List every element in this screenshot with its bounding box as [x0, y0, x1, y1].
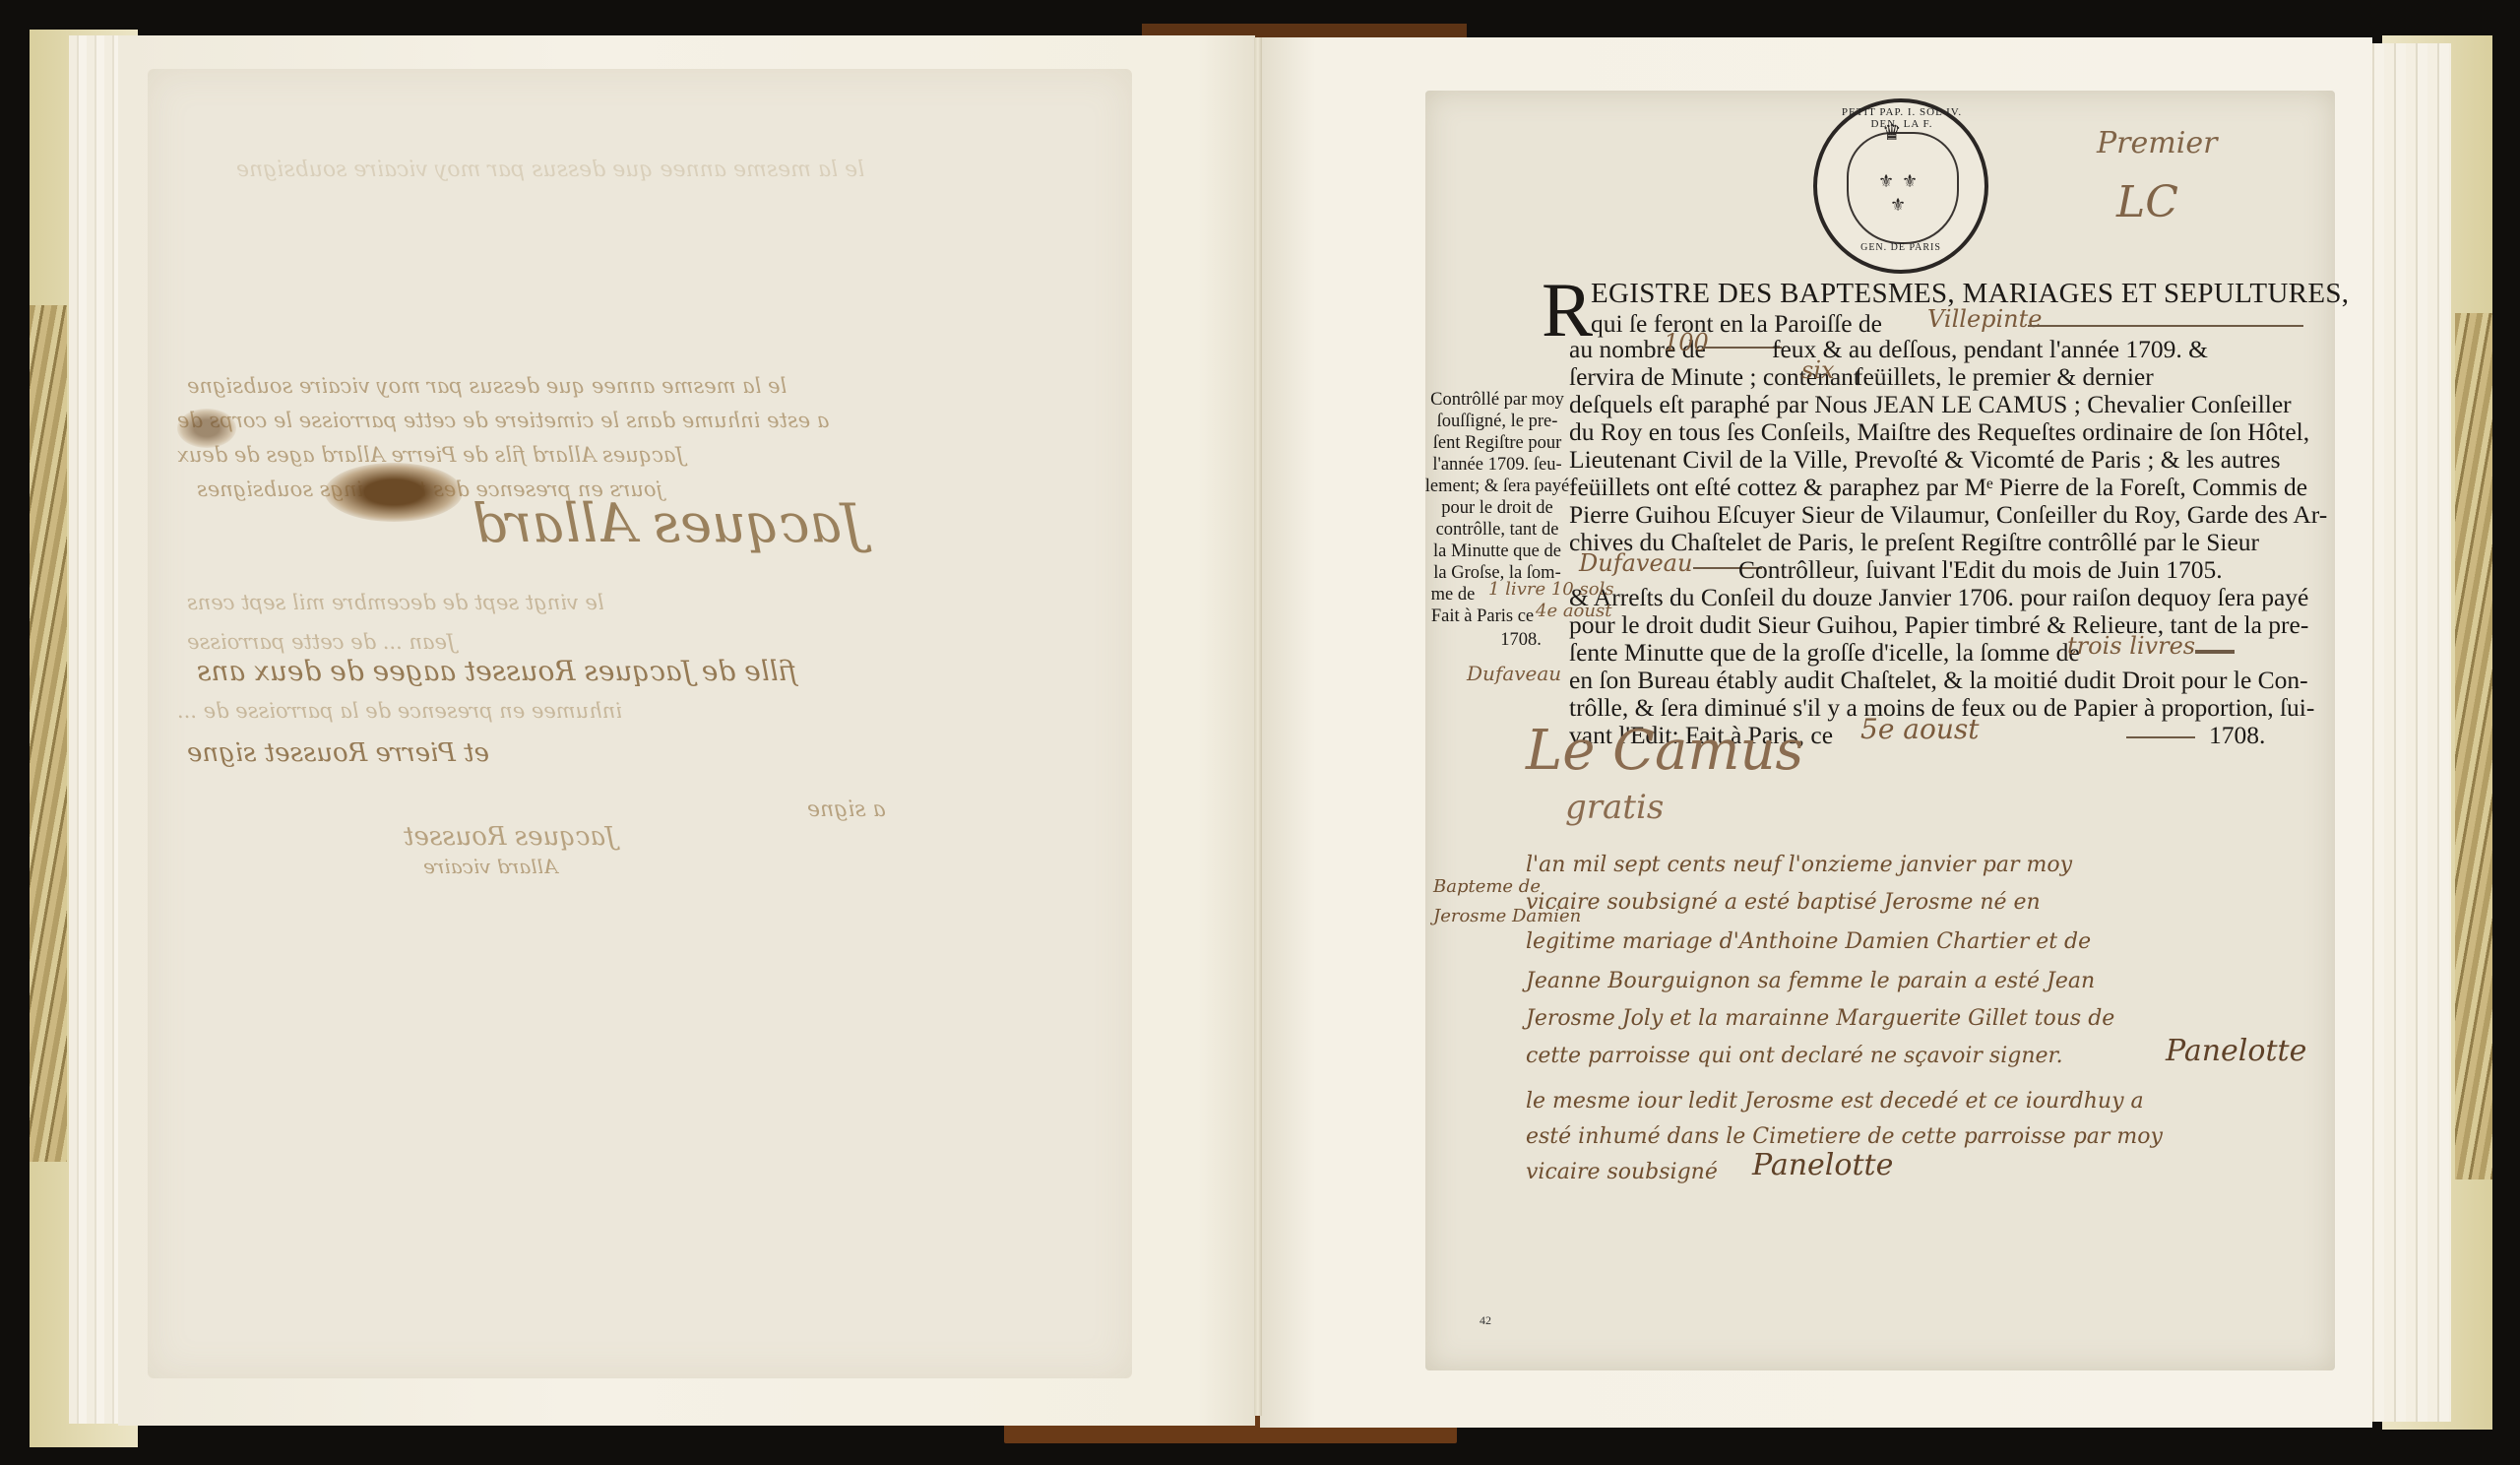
mirrored-line: le la mesme annee que dessus par moy vic…	[236, 158, 864, 182]
fill-line	[2195, 650, 2235, 654]
printed-line: Pierre Guihou Eſcuyer Sieur de Vilaumur,…	[1569, 500, 2327, 530]
vicar-signature-2: Panelotte	[1752, 1148, 1893, 1182]
mirrored-line: et Pierre Rousset signe	[187, 738, 489, 768]
left-marbled-endpaper	[30, 305, 67, 1162]
mirrored-line: fille de Jacques Rousset aagee de deux a…	[197, 655, 796, 687]
entry-line: l'an mil sept cents neuf l'onzieme janvi…	[1526, 853, 2072, 877]
right-marbled-endpaper	[2455, 313, 2492, 1179]
fleur-de-lis-icon: ⚜	[1890, 195, 1906, 216]
parish-name-fill: Villepinte	[1927, 305, 2042, 333]
ink-blot	[325, 463, 463, 522]
margin-line: Contrôllé par moy	[1423, 390, 1571, 411]
ink-blot	[177, 409, 236, 448]
mirrored-line: Jacques Allard fils de Pierre Allard age…	[177, 443, 684, 467]
feuillets-fill: six	[1801, 356, 1835, 384]
date-fill: 5e aoust	[1860, 713, 1980, 745]
printed-line: feüillets, le premier & dernier	[1855, 362, 2154, 392]
margin-line: Fait à Paris ce	[1423, 606, 1542, 627]
fleur-de-lis-icon: ⚜	[1878, 171, 1894, 192]
printed-line: 1708.	[2209, 721, 2265, 750]
printed-line: deſquels eſt paraphé par Nous JEAN LE CA…	[1569, 390, 2292, 419]
mirrored-line: le vingt sept de decembre mil sept cens	[187, 591, 604, 614]
entry-line: Jerosme Joly et la marainne Marguerite G…	[1526, 1006, 2114, 1031]
margin-line: ſent Regiſtre pour	[1423, 433, 1571, 454]
feux-count-fill: 100	[1664, 329, 1709, 356]
entry-line: cette parroisse qui ont declaré ne sçavo…	[1526, 1044, 2063, 1068]
printed-line: du Roy en tous ſes Conſeils, Maiſtre des…	[1569, 417, 2309, 447]
stamp-bottom-text: GEN. DE PARIS	[1847, 242, 1955, 253]
margin-line: lement; & ſera payé	[1423, 477, 1571, 497]
le-camus-signature: Le Camus	[1526, 719, 1803, 783]
mirrored-line: a signe	[807, 797, 886, 822]
fleur-de-lis-icon: ⚜	[1902, 171, 1918, 192]
margin-signature: Dufaveau	[1467, 662, 1561, 685]
margin-somme-fill: 1 livre 10 sols	[1488, 579, 1614, 600]
margin-line: ſouſſigné, le pre-	[1423, 412, 1571, 432]
entry-line: vicaire soubsigné	[1526, 1160, 1718, 1184]
printed-line: & Arreſts du Conſeil du douze Janvier 17…	[1569, 583, 2308, 612]
margin-line: me de	[1423, 585, 1482, 605]
entry-line: Jeanne Bourguignon sa femme le parain a …	[1526, 969, 2095, 993]
mirrored-signature: Jacques Allard	[472, 492, 862, 554]
printed-line: feüillets ont eſté cottez & paraphez par…	[1569, 473, 2307, 502]
left-document-sheet	[148, 69, 1132, 1378]
mirrored-line: Allard vicaire	[423, 855, 558, 878]
printed-line: ſente Minutte que de la groſſe d'icelle,…	[1569, 638, 2080, 668]
right-page-stack	[2362, 43, 2451, 1422]
mirrored-line: Jacques Rousset	[404, 822, 615, 852]
controlleur-name-fill: Dufaveau	[1579, 549, 1692, 577]
margin-date-fill: 4e aoust	[1536, 601, 1611, 621]
entry-line: legitime mariage d'Anthoine Damien Chart…	[1526, 929, 2091, 954]
printed-line: Contrôlleur, ſuivant l'Edit du mois de J…	[1738, 555, 2223, 585]
book-gutter	[1254, 37, 1262, 1416]
somme-fill: trois livres	[2067, 632, 2195, 660]
mirrored-line: a este inhume dans le cimetiere de cette…	[177, 409, 829, 432]
corner-annotation-premier: Premier	[2097, 126, 2217, 160]
mirrored-line: inhumee en presence de la parroisse de .…	[177, 699, 622, 723]
folio-number: 42	[1480, 1313, 1491, 1328]
margin-line: 1708.	[1477, 630, 1565, 651]
mirrored-line: le la mesme annee que dessus par moy vic…	[187, 374, 787, 398]
fill-line	[2126, 736, 2195, 738]
printed-line: feux & au deſſous, pendant l'année 1709.…	[1772, 335, 2208, 364]
vicar-signature: Panelotte	[2166, 1034, 2306, 1068]
margin-line: pour le droit de	[1423, 498, 1571, 519]
margin-line: contrôlle, tant de	[1423, 520, 1571, 541]
printed-line: Lieutenant Civil de la Ville, Prevoſté &…	[1569, 445, 2281, 475]
tax-stamp: ⚜ ⚜ ⚜ ♛ PETIT PAP. I. SOL IV. DEN. LA F.…	[1813, 98, 1988, 274]
gratis-note: gratis	[1565, 788, 1664, 827]
fill-line	[1703, 347, 1782, 349]
entry-line: le mesme iour ledit Jerosme est decedé e…	[1526, 1089, 2144, 1114]
printed-line: pour le droit dudit Sieur Guihou, Papier…	[1569, 610, 2308, 640]
margin-line: l'année 1709. ſeu-	[1423, 455, 1571, 476]
margin-line: la Minutte que de	[1423, 541, 1571, 562]
entry-line: esté inhumé dans le Cimetiere de cette p…	[1526, 1124, 2163, 1149]
fill-line	[2028, 325, 2303, 327]
mirrored-line: Jean ... de cette parroisse	[187, 630, 455, 654]
printed-line: en ſon Bureau étably audit Chaſtelet, & …	[1569, 666, 2308, 695]
corner-annotation-initials: LC	[2116, 177, 2178, 227]
stamp-outer-text: PETIT PAP. I. SOL IV. DEN. LA F.	[1833, 106, 1971, 130]
entry-margin-note: Bapteme de	[1433, 876, 1541, 897]
entry-line: vicaire soubsigné a esté baptisé Jerosme…	[1526, 890, 2041, 915]
